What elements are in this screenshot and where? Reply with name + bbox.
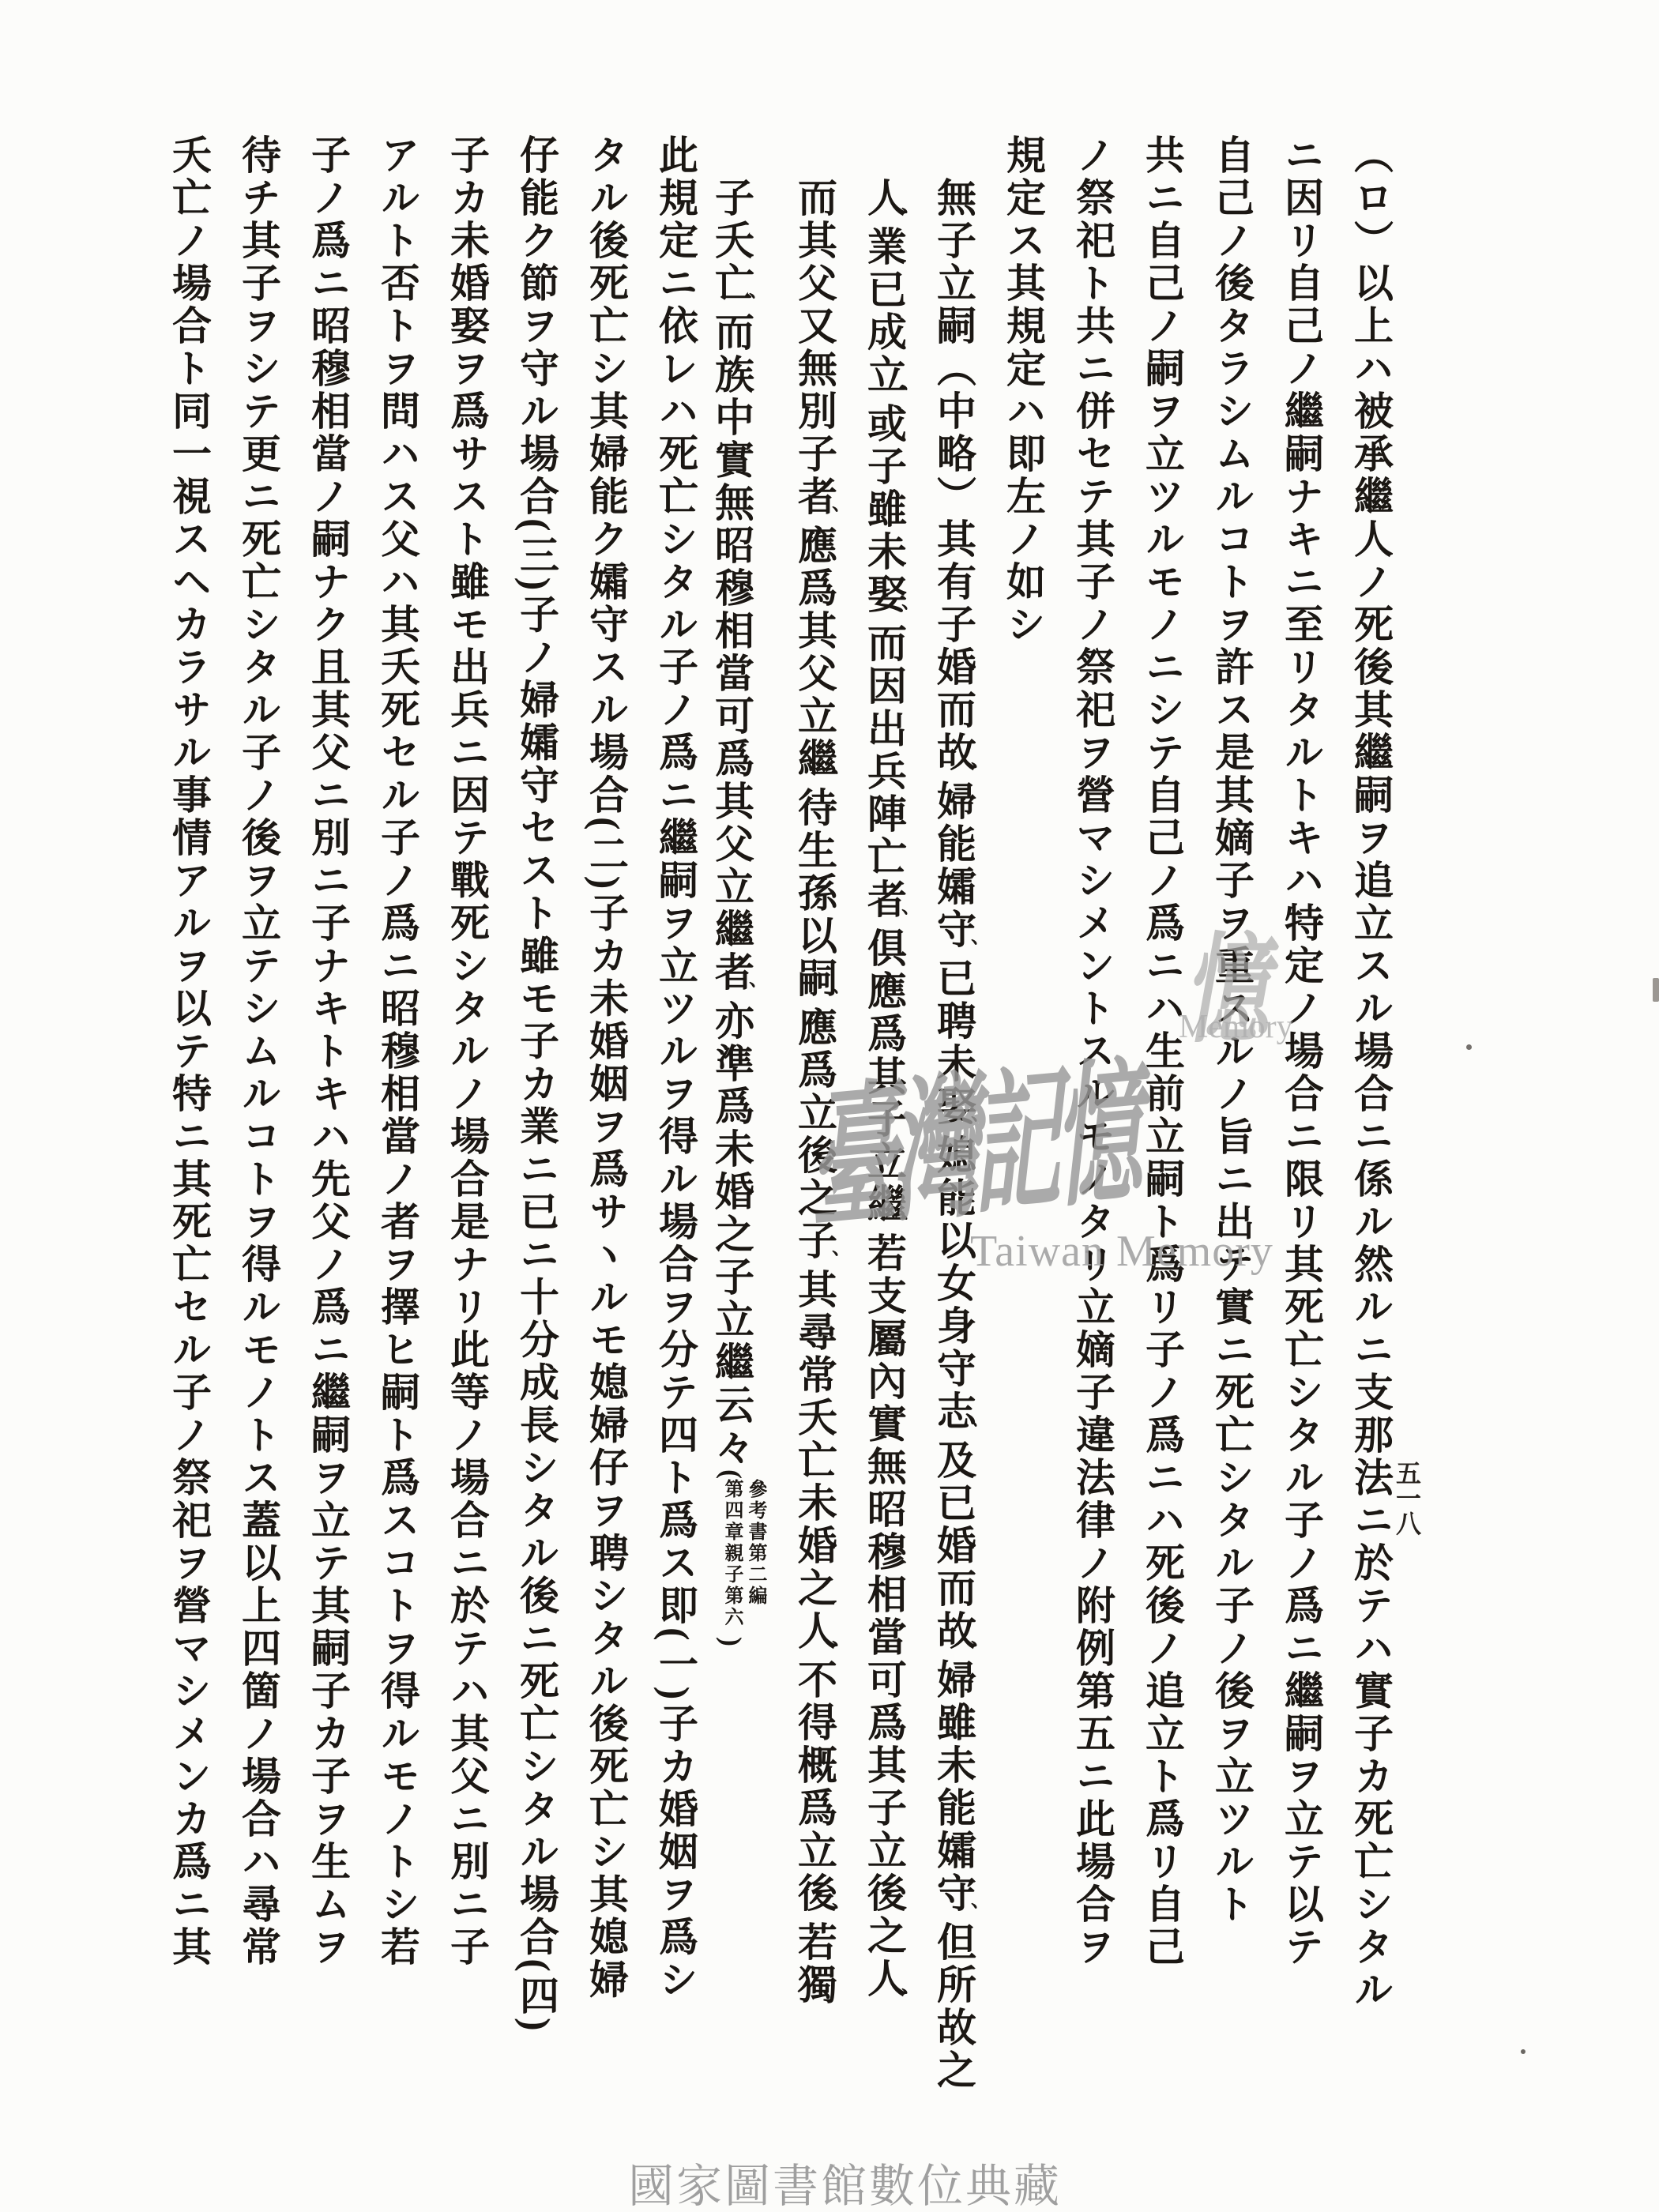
- note-paren: ): [716, 1637, 747, 1646]
- reading-mark: 、: [963, 1420, 969, 1427]
- reading-mark: 、: [824, 1640, 830, 1646]
- reading-mark: 、: [741, 981, 747, 987]
- reading-mark: 、: [963, 762, 969, 768]
- text-column: ニ因リ自己ノ繼嗣ナキニ至リタルトキハ特定ノ場合ニ限リ其死亡シタル子ノ爲ニ繼嗣ヲ立…: [1265, 134, 1334, 2212]
- footer-caption: 國家圖書館數位典藏: [628, 2149, 1062, 2212]
- text-column: 自己ノ後タラシムルコトヲ許ス是其嫡子ヲ重スルノ旨ニ出テ實ニ死亡シタル子ノ後ヲ立ツ…: [1195, 134, 1265, 2212]
- reading-mark: 、: [963, 1115, 969, 1122]
- reading-mark: 、: [824, 768, 830, 774]
- ink-speck: [1466, 1044, 1472, 1050]
- text-column: 仔能ク節ヲ守ル場合(三)子ノ婦孀守セスト雖モ子カ業ニ已ニ十分成長シタル後ニ死亡シ…: [500, 134, 570, 2212]
- text-column: ノ祭祀ト共ニ併セテ其子ノ祭祀ヲ營マシメントスルモノタリ立嫡子違法律ノ附例第五ニ此…: [1056, 134, 1126, 2212]
- text-column: 人、業已成立、或子雖未娶、而因出兵陣亡者、俱應爲其子立繼、若支屬內實無昭穆相當可…: [848, 134, 917, 2212]
- reading-mark: 、: [824, 1902, 830, 1909]
- text-column: 夭亡ノ場合ト同一視スヘカラサル事情アルヲ以テ特ニ其死亡セル子ノ祭祀ヲ營マシメンカ…: [152, 134, 222, 2212]
- reference-note-line: 第四章親子第六: [717, 1479, 741, 1637]
- text-column: （ロ）以上ハ被承繼人ノ死後其繼嗣ヲ追立スル場合ニ係ル然ルニ支那法ニ於テハ實子カ死…: [1334, 134, 1404, 2212]
- reading-mark: 、: [893, 908, 900, 915]
- text-column: 子ノ爲ニ昭穆相當ノ嗣ナク且其父ニ別ニ子ナキトキハ先父ノ爲ニ繼嗣ヲ立テ其嗣子カ子ヲ…: [292, 134, 361, 2212]
- text-column: アルト否トヲ問ハス父ハ其夭死セル子ノ爲ニ昭穆相當ノ者ヲ擇ヒ嗣ト爲スコトヲ得ルモノ…: [361, 134, 431, 2212]
- ink-speck: [1521, 2049, 1525, 2054]
- reading-mark: 、: [824, 506, 830, 512]
- reading-mark: 、: [893, 1213, 900, 1220]
- text-column: 共ニ自己ノ嗣ヲ立ツルモノニシテ自己ノ爲ニハ生前立嗣ト爲リ子ノ爲ニハ死後ノ追立ト爲…: [1126, 134, 1195, 2212]
- reading-mark: 、: [893, 1988, 900, 1994]
- page-number: 五一八: [1389, 1460, 1425, 1536]
- reading-mark: 、: [893, 604, 900, 610]
- text-column: 子カ未婚娶ヲ爲サスト雖モ出兵ニ因テ戰死シタルノ場合是ナリ此等ノ場合ニ於テハ其父ニ…: [431, 134, 500, 2212]
- reading-mark: 、: [893, 207, 900, 213]
- reference-note-line: 參考書第二編: [741, 1479, 765, 1637]
- text-column: 規定ス其規定ハ即左ノ如シ: [987, 134, 1056, 2212]
- text-column: 待チ其子ヲシテ更ニ死亡シタル子ノ後ヲ立テシムルコトヲ得ルモノトス蓋以上四箇ノ場合…: [222, 134, 292, 2212]
- reference-note: 參考書第二編第四章親子第六: [717, 1479, 765, 1637]
- reading-mark: 、: [963, 1902, 969, 1909]
- text-column: タル後死亡シ其婦能ク孀守スル場合(二)子カ未婚姻ヲ爲サヽルモ媳婦仔ヲ聘シタル後死…: [570, 134, 639, 2212]
- reading-mark: 、: [824, 1250, 830, 1256]
- reading-mark: 、: [963, 939, 969, 945]
- text-column: 而其父又無別子者、應爲其父立繼、待生孫以嗣、應爲立後之子、其尋常夭亡未婚之人、不…: [778, 134, 848, 2212]
- reading-mark: 、: [824, 987, 830, 994]
- reading-mark: 、: [893, 384, 900, 390]
- document-text-block: （ロ）以上ハ被承繼人ノ死後其繼嗣ヲ追立スル場合ニ係ル然ルニ支那法ニ於テハ實子カ死…: [152, 134, 1404, 2212]
- scanned-page: { "page_number": "五一八", "colors": { "ink…: [0, 0, 1659, 2212]
- scan-edge-mark: [1653, 978, 1659, 1002]
- text-column: 此規定ニ依レハ死亡シタル子ノ爲ニ繼嗣ヲ立ツルヲ得ル場合ヲ分テ四ト爲ス即(一)子カ…: [639, 134, 709, 2212]
- reading-mark: 、: [741, 292, 747, 299]
- reading-mark: 、: [963, 1640, 969, 1646]
- text-column: 子夭亡、而族中實無昭穆相當可爲其父立繼者、亦準爲未婚之子立繼云々(參考書第二編第…: [709, 134, 778, 2212]
- note-paren: (: [716, 1469, 747, 1479]
- text-column: 無子立嗣（中略）其有子婚而故、婦能孀守、已聘未娶、媳能以女身守志、及已婚而故、婦…: [917, 134, 987, 2212]
